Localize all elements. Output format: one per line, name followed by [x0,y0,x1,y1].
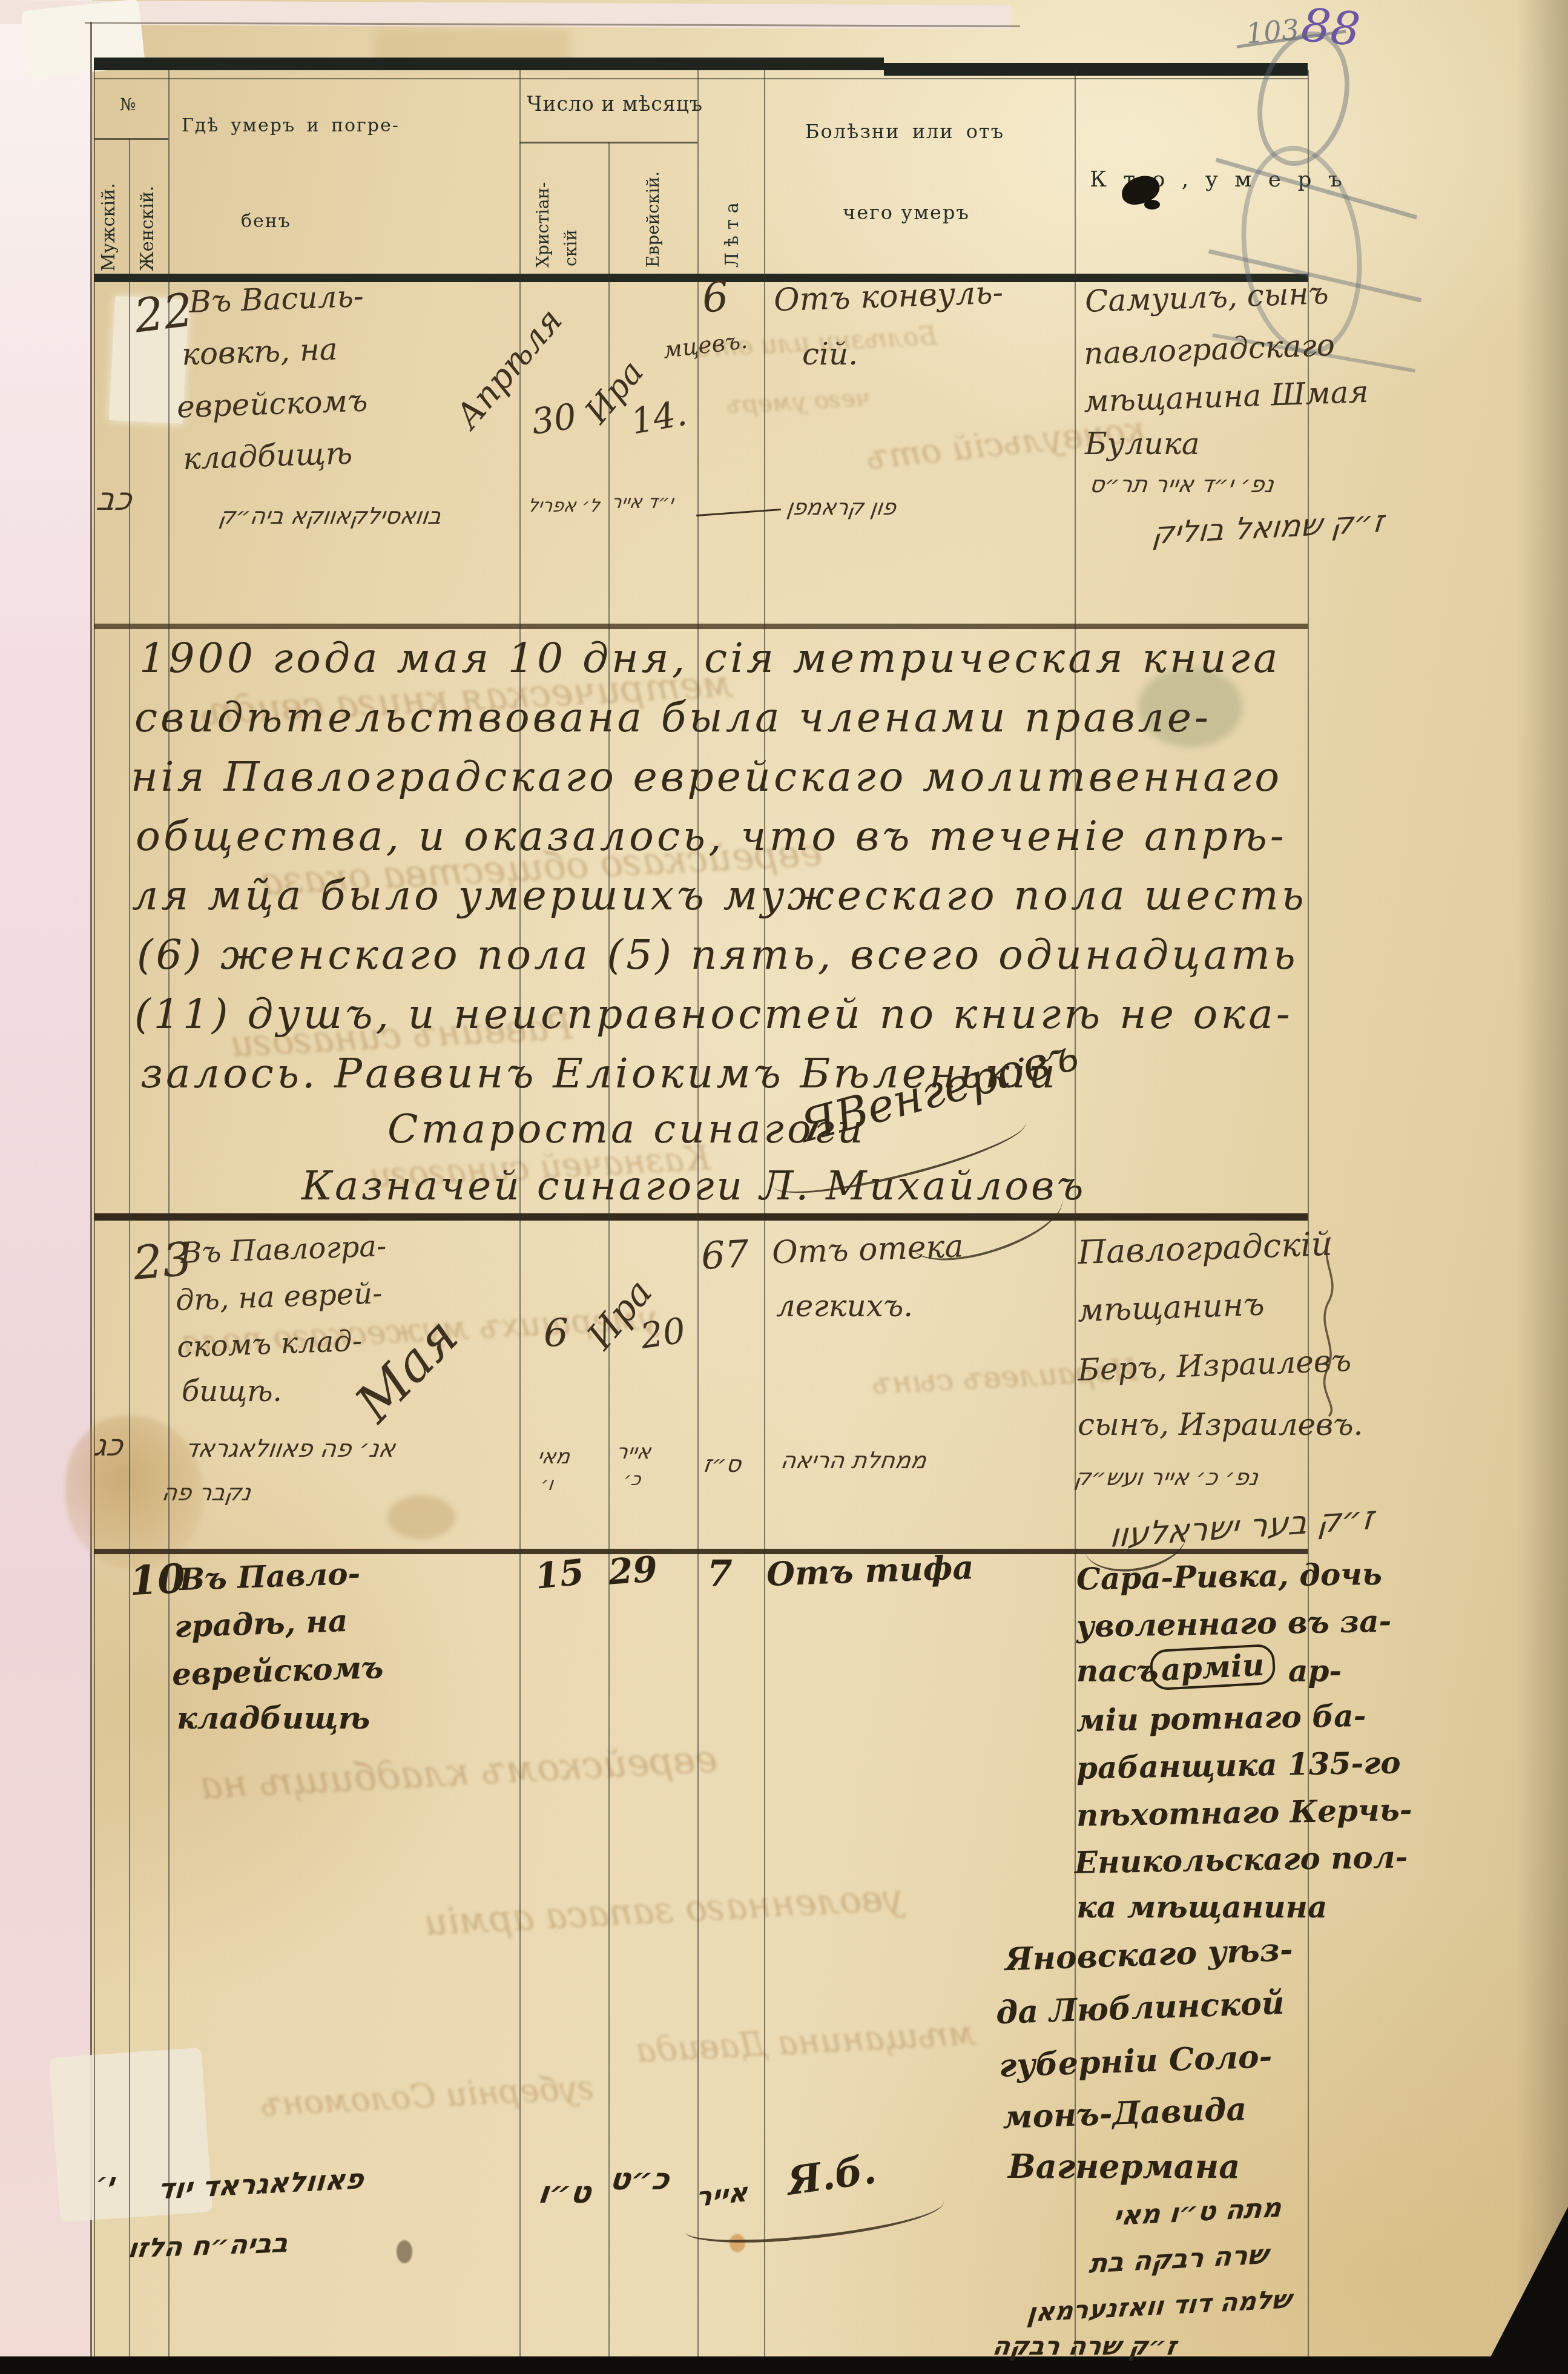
record-10-number: 10 [128,1555,186,1605]
record-22-number-hebrew: כב [94,481,134,518]
record-10-place-line4: кладбищѣ [177,1700,370,1736]
no-subdivider [94,138,168,140]
record-10-who-hebrew4: ז״ק שרה רבקה [991,2331,1179,2361]
record-10-who-word-circled: арміи [1149,1644,1276,1691]
attestation-line6: (6) женскаго пола (5) пять, всего одинад… [137,931,1299,979]
header-christian-column-line2: скій [561,182,581,266]
header-cause-column-line1: Болѣзни или отъ [805,120,1004,143]
dark-speck [397,2240,412,2263]
record-23-age: 67 [700,1232,750,1278]
column-line [1308,70,1309,2356]
header-top-band-right [884,63,1308,76]
record-10-who-line4: міи ротнаго ба- [1076,1698,1366,1738]
record-10-christian-day: 15 [533,1551,586,1597]
record-22-number: 22 [131,282,196,343]
record-10-cause: Отъ тифа [766,1548,974,1594]
header-jewish-column: Еврейскій. [643,155,663,268]
attestation-line5: ля мц̃а было умершихъ мужескаго пола шес… [132,872,1307,920]
column-line [129,138,130,2356]
record-23-place-line2: дѣ, на еврей- [175,1276,383,1317]
header-thin-rule [94,78,1308,79]
backing-paper [0,0,92,2374]
record-10-christian-hebrew: ט״ו [536,2175,594,2210]
record-22-christian-hebrew: ל׳ אפריל [527,495,601,516]
record-10-who-line3a: пасъ [1076,1653,1159,1689]
record-10-who-line13: Вагнермана [1008,2147,1240,2186]
record-23-jewish-hebrew1: אייר [614,1440,653,1464]
attestation-top-rule [94,624,1308,629]
record-23-number-hebrew: כג [92,1428,125,1463]
record-10-place-line3: еврейскомъ [171,1649,384,1692]
record-10-jewish-hebrew: כ״ט [608,2161,672,2197]
column-line [608,142,610,2356]
record-22-jewish-hebrew: י״ד אייר [610,492,675,513]
record-22-place-line1: Въ Василь- [188,279,364,320]
record-10-place-line1: Въ Павло- [179,1555,361,1597]
attestation-line1: 1900 года мая 10 дня, сія метрическая кн… [139,635,1280,682]
record-10-place-hebrew2: בביה״ח הלזו [127,2227,290,2264]
header-date-group: Число и мѣсяцъ [527,92,703,116]
header-male-column: Мужскій. [98,156,119,271]
record-23-christian-hebrew1: מאי [536,1445,572,1469]
record-10-who-line5: рабанщика 135-го [1076,1744,1402,1785]
record-10-jewish-day: 29 [607,1548,659,1592]
record-10-who-line8: ка мѣщанина [1076,1889,1327,1925]
record-10-place-line2: градѣ, на [174,1603,348,1644]
record-23-place-hebrew2: נקבר פה [160,1479,252,1506]
record-22-cause-line2: сій. [802,337,858,372]
header-place-column-line1: Гдѣ умеръ и погре- [182,115,400,136]
record-23-cause-line1: Отъ отека [771,1228,964,1271]
record-22-place-line3: еврейскомъ [176,383,368,425]
scanned-register-page: Болѣзни или отъ чего умеръ конвульсій от… [0,0,1568,2374]
record-23-christian-hebrew2: ו׳ [539,1474,555,1495]
column-line [764,70,765,2356]
attestation-warden-line: Староста синагоги [387,1106,866,1152]
column-line [519,70,521,2356]
header-top-band-left [94,58,884,70]
record-22-place-line4: кладбищѣ [182,435,353,476]
record-22-who-line4: Булика [1085,426,1199,461]
attestation-line7: (11) душъ, и неисправностей по книгѣ не … [134,991,1293,1038]
right-edge-shade [1517,0,1568,2374]
header-number-symbol: № [120,94,136,114]
record-10-who-line2: уволеннаго въ за- [1076,1603,1392,1644]
record-23-place-line4: бищѣ. [182,1374,282,1408]
record-10-age: 7 [707,1552,733,1595]
ink-blot-small [1144,200,1160,209]
column-line [94,70,95,2356]
column-line [697,70,699,2356]
record-23-place-hebrew1: אנ׳ פה פאוולאגראד [183,1435,397,1463]
attestation-line2: свидѣтельствована была членами правле- [134,694,1211,742]
header-place-column-line2: бенъ [241,211,291,232]
header-female-column: Женскій. [137,156,157,271]
record-23-jewish-hebrew2: כ׳ [622,1469,642,1490]
attestation-line4: общества, и оказалось, что въ теченіе ап… [136,813,1287,860]
record-22-christian-day: 30 [529,395,579,443]
record-22-cause-hebrew: פון קראמפן [785,495,898,520]
record-22-place-hebrew: בוואסילקאווקא ביה״ק [217,503,443,529]
attestation-line3: нія Павлоградскаго еврейскаго молитвенна… [131,753,1282,801]
record-23-place-line1: Въ Павлогра- [180,1229,387,1270]
header-age-column: Лѣта [722,151,743,268]
record-23-christian-day: 6 [544,1311,568,1356]
page-left-edge [90,22,92,2356]
stain-small [387,1495,455,1539]
record-23-cause-hebrew: ממחלת הריאה [779,1447,928,1474]
record-23-jewish-day: 20 [638,1310,688,1357]
record-23-place-line3: скомъ клад- [176,1324,363,1365]
record-22-age: 6 [700,273,730,323]
header-christian-column: Христіан- [533,155,553,268]
record-10-who-line6: пѣхотнаго Керчь- [1076,1792,1412,1833]
record-23-age-hebrew: ס״ז [702,1451,743,1477]
column-line [168,70,170,2356]
header-cause-column-line2: чего умеръ [843,201,970,224]
record-10-who-line7: Еникольскаго пол- [1075,1839,1408,1881]
record-22-place-line2: ковкѣ, на [181,332,338,372]
record-10-who-line3b: ар- [1288,1653,1342,1689]
record-23-cause-line2: легкихъ. [776,1288,913,1324]
margin-note-handwriting [1311,1232,1347,1420]
record-10-who-line1: Сара-Ривка, дочь [1076,1556,1383,1597]
attestation-bottom-rule [94,1213,1308,1221]
bottom-scan-band [0,2356,1568,2374]
record-23-who-hebrew1: נפ׳ כ׳ אייר ועש״ק [1073,1464,1260,1491]
record-23-who-line2: мѣщанинъ [1077,1287,1265,1330]
record-22-who-hebrew1: נפ׳ י״ד אייר תר״ס [1088,471,1276,498]
